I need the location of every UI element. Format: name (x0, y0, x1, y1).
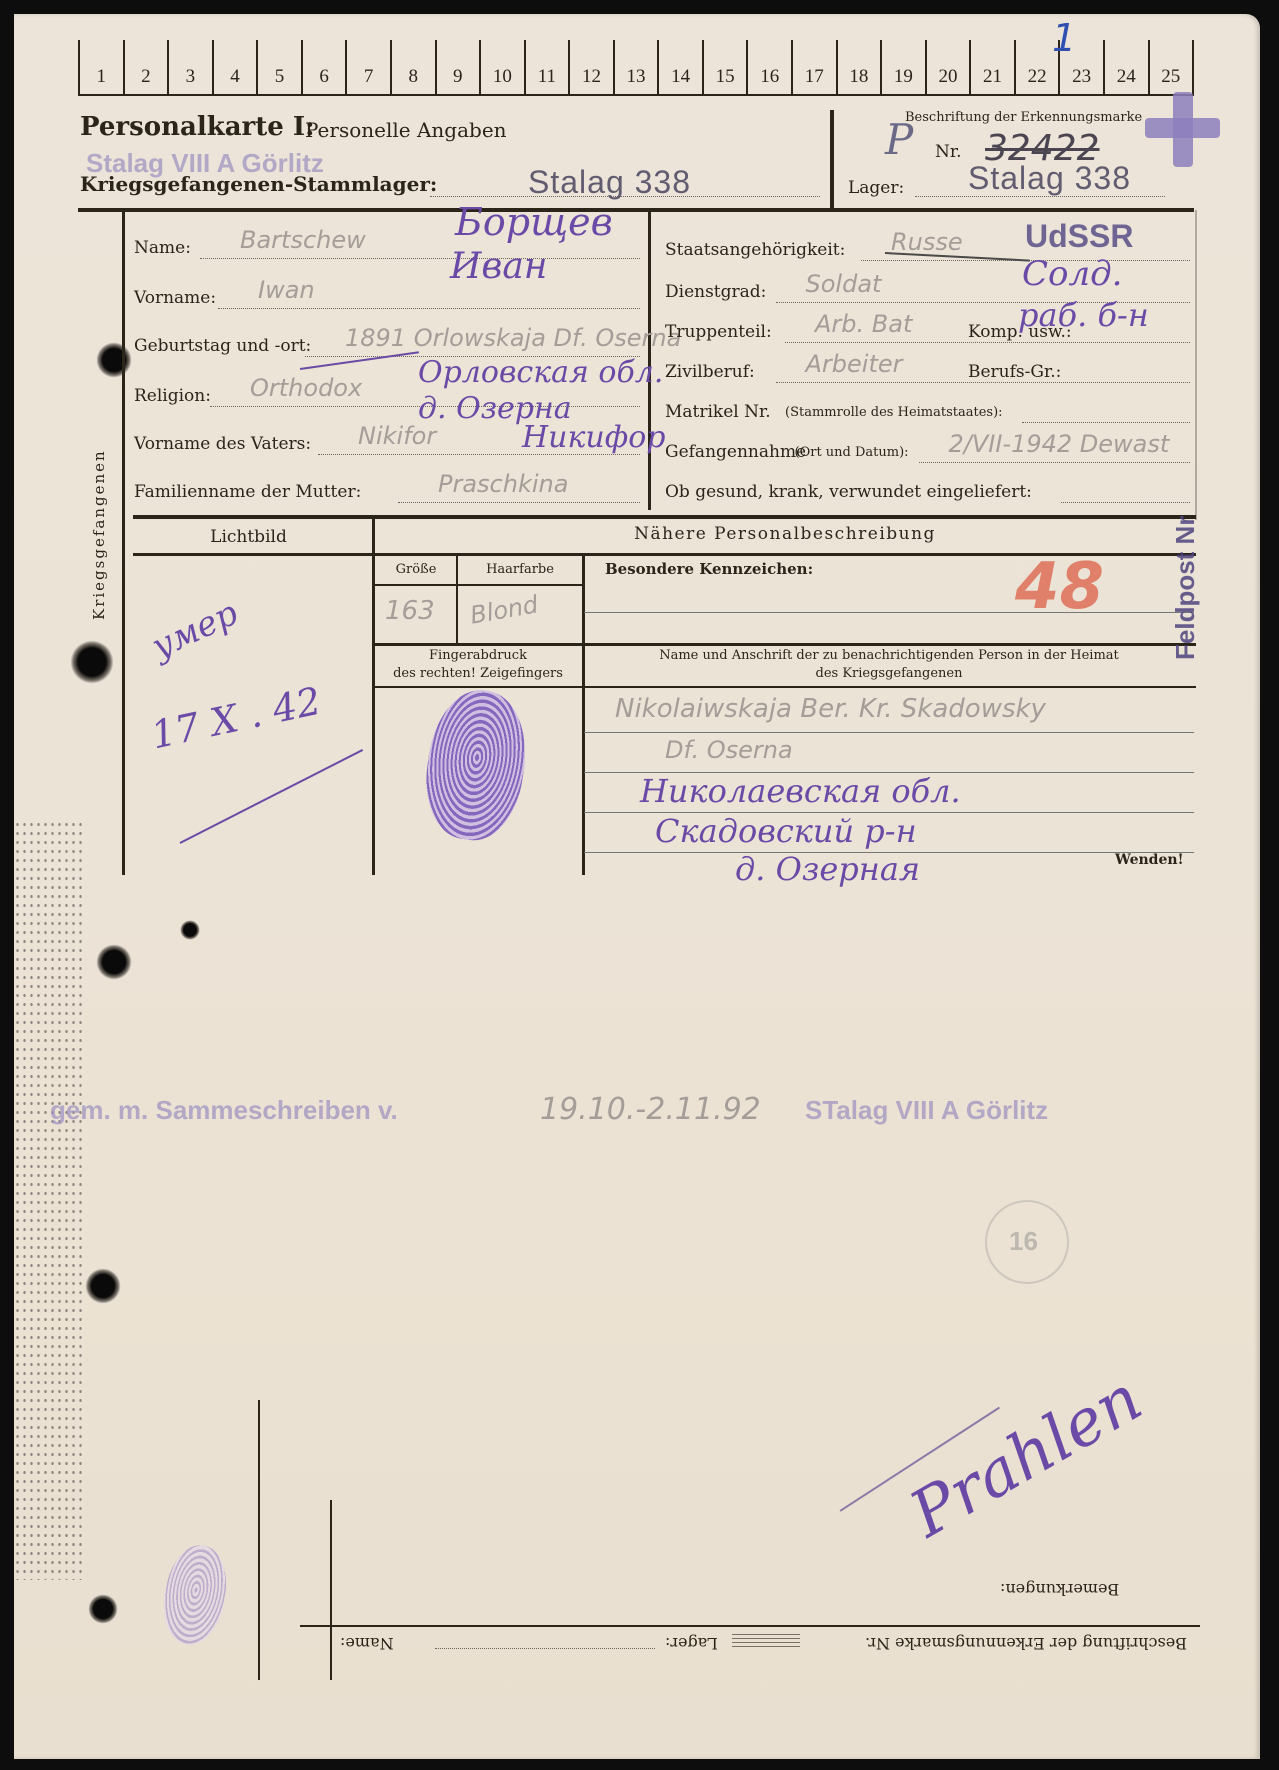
field-line (398, 502, 640, 503)
field-label-secondary: Berufs-Gr.: (968, 362, 1061, 382)
size-value: 163 (385, 596, 435, 626)
remarks-label: Bemerkungen: (1000, 1580, 1119, 1599)
number-cell: 6 (301, 40, 346, 94)
field-line (1022, 422, 1191, 423)
field-note: (Stammrolle des Heimatstaates): (785, 405, 1003, 420)
number-cell: 3 (167, 40, 212, 94)
field-typed-value: Arb. Bat (815, 310, 912, 338)
card-subtitle: Personelle Angaben (305, 118, 507, 142)
field-line (776, 382, 1191, 383)
field-line (218, 308, 640, 309)
field-typed-value: Bartschew (240, 226, 366, 254)
edge-speckle (14, 820, 84, 1580)
finger-top-rule (374, 643, 1196, 646)
punch-hole (180, 920, 200, 940)
stub-lager-line (435, 1648, 655, 1649)
number-cell: 21 (969, 40, 1014, 94)
number-cell: 18 (836, 40, 881, 94)
number-cell: 20 (925, 40, 970, 94)
number-cell: 1 (78, 40, 123, 94)
side-label: Kriegsgefangenen (90, 449, 108, 620)
fingerprint-label-2: des rechten! Zeigefingers (374, 666, 582, 681)
number-cell: 24 (1103, 40, 1148, 94)
postmark-number: 16 (1009, 1226, 1038, 1257)
contact-hand-3: д. Озерная (735, 850, 920, 888)
field-label: Gefangennahme (665, 442, 806, 462)
contact-hand-2: Скадовский р-н (655, 812, 917, 850)
punch-hole (70, 640, 114, 684)
hair-label: Haarfarbe (458, 562, 582, 577)
fingerprint-label-1: Fingerabdruck (374, 648, 582, 663)
field-label: Vorname des Vaters: (134, 434, 311, 454)
field-typed-value: Russe (891, 228, 963, 256)
name-cyrillic: Борщев (455, 200, 613, 244)
contact-line-1 (584, 732, 1194, 733)
punch-hole (96, 342, 132, 378)
lager-label: Lager: (848, 178, 904, 198)
number-strip: 1234567891011121314151617181920212223242… (78, 40, 1194, 96)
contact-typed-1: Nikolaiwskaja Ber. Kr. Skadowsky (615, 694, 1046, 724)
punch-hole (96, 944, 132, 980)
field-typed-value: 2/VII-1942 Dewast (949, 430, 1170, 458)
number-cell: 10 (479, 40, 524, 94)
stub-rule (300, 1625, 1200, 1627)
stammlager-label: Kriegsgefangenen-Stammlager: (80, 172, 437, 196)
field-typed-value: Iwan (258, 276, 315, 304)
marks-label: Besondere Kennzeichen: (605, 560, 813, 578)
photo-divider (372, 517, 375, 875)
number-cell: 12 (568, 40, 613, 94)
desc-col-divider (582, 555, 585, 875)
number-cell: 4 (212, 40, 257, 94)
contact-label-1: Name und Anschrift der zu benachrichtige… (584, 648, 1194, 663)
number-cell: 25 (1148, 40, 1195, 94)
finger-header-rule (374, 686, 1196, 688)
field-typed-value: Praschkina (438, 470, 568, 498)
stub-tag-label: Beschriftung der Erkennungsmarke Nr. (865, 1634, 1187, 1653)
wenden-label: Wenden! (1115, 852, 1184, 868)
postmark-circle: 16 (985, 1200, 1069, 1284)
field-label: Ob gesund, krank, verwundet eingeliefert… (665, 482, 1032, 502)
personal-bottom-rule (133, 515, 1196, 519)
number-cell: 16 (746, 40, 791, 94)
contact-typed-2: Df. Oserna (665, 736, 793, 764)
description-title: Nähere Personalbeschreibung (375, 524, 1195, 544)
nr-label: Nr. (935, 142, 962, 162)
field-line (919, 462, 1191, 463)
field-label: Dienstgrad: (665, 282, 766, 302)
stub-tag-lines (732, 1634, 800, 1650)
nationality-stamp: UdSSR (1025, 218, 1133, 255)
number-cell: 15 (702, 40, 747, 94)
strip-pen-mark: 1 (1052, 16, 1076, 60)
field-label: Name: (134, 238, 191, 258)
number-cell: 7 (345, 40, 390, 94)
circular-stamp-prefix: gem. m. Sammeschreiben v. (50, 1095, 398, 1126)
number-cell: 13 (613, 40, 658, 94)
lager-value: Stalag 338 (968, 160, 1131, 197)
stub-lager-label: Lager: (665, 1634, 718, 1653)
red-mark: 48 (1015, 550, 1104, 624)
feldpost-stamp: Feldpost Nr (1170, 516, 1201, 660)
header-rule (78, 208, 1194, 212)
field-line (200, 258, 640, 259)
header-divider (830, 110, 834, 210)
field-label: Religion: (134, 386, 211, 406)
number-cell: 2 (123, 40, 168, 94)
field-label: Truppenteil: (665, 322, 772, 342)
circular-stamp-suffix: STalag VIII A Görlitz (805, 1095, 1048, 1126)
tag-label: Beschriftung der Erkennungsmarke (905, 110, 1142, 125)
firstname-cyrillic: Иван (450, 246, 548, 287)
contact-hand-1: Николаевская обл. (640, 772, 961, 810)
rank-cyrillic: Солд. (1022, 254, 1123, 294)
birthplace-cyrillic: Орловская обл. д. Озерна (418, 355, 668, 427)
stammlager-value: Stalag 338 (528, 164, 691, 201)
field-label: Zivilberuf: (665, 362, 755, 382)
number-cell: 8 (390, 40, 435, 94)
number-cell: 5 (256, 40, 301, 94)
number-cell: 11 (524, 40, 569, 94)
number-cell: 17 (791, 40, 836, 94)
size-header-rule (374, 584, 584, 586)
punch-hole (88, 1594, 118, 1624)
circular-stamp-date: 19.10.-2.11.92 (540, 1092, 761, 1127)
photo-title: Lichtbild (125, 527, 372, 547)
punch-hole (85, 1268, 121, 1304)
card-title: Personalkarte I: (80, 112, 315, 142)
field-note: (Ort und Datum): (795, 445, 909, 460)
field-typed-value: Orthodox (250, 374, 362, 402)
number-cell: 9 (435, 40, 480, 94)
stub-left-line-2 (330, 1500, 332, 1680)
field-typed-value: Soldat (806, 270, 882, 298)
field-label: Vorname: (134, 288, 216, 308)
stub-name-label: Name: (340, 1634, 394, 1653)
field-label: Staatsangehörigkeit: (665, 240, 845, 260)
field-line (785, 342, 1190, 343)
cross-stamp-icon (1145, 92, 1220, 167)
field-label: Geburtstag und -ort: (134, 336, 311, 356)
right-frame-mark (1195, 210, 1197, 520)
field-label: Familienname der Mutter: (134, 482, 361, 502)
number-cell: 14 (657, 40, 702, 94)
father-cyrillic: Никифор (522, 420, 665, 455)
unit-cyrillic: раб. б-н (1018, 296, 1149, 334)
field-line (1061, 502, 1191, 503)
field-typed-value: 1891 Orlowskaja Df. Oserna (345, 324, 681, 352)
stub-left-line (258, 1400, 260, 1680)
number-cell: 19 (880, 40, 925, 94)
field-typed-value: Arbeiter (806, 350, 903, 378)
contact-label-2: des Kriegsgefangenen (584, 666, 1194, 681)
size-label: Größe (376, 562, 456, 577)
field-label: Matrikel Nr. (665, 402, 771, 422)
